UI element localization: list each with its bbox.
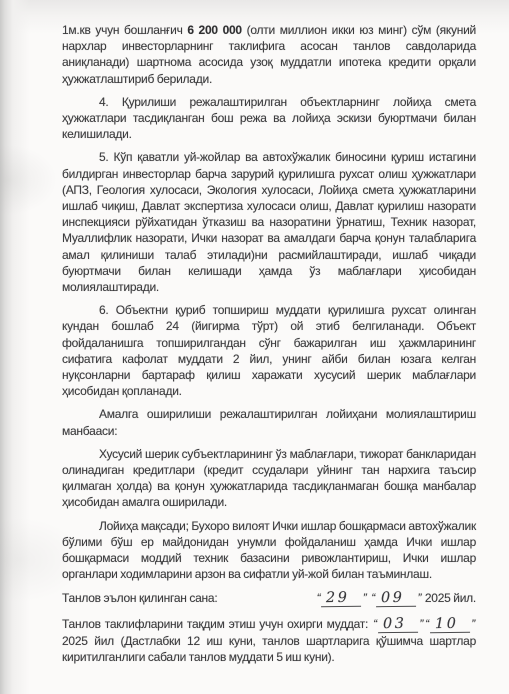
intro-lead-text: 1м.кв учун бошланғич [62,23,187,37]
open-quote-mark: “ [425,617,429,631]
starting-price-amount: 6 200 000 [187,23,241,37]
intro-paragraph: 1м.кв учун бошланғич 6 200 000 (олти мил… [62,22,476,87]
deadline-rest-text: (Дастлабки 12 иш куни, танлов шартларига… [62,634,476,664]
scanned-document-page: 1м.кв учун бошланғич 6 200 000 (олти мил… [0,0,509,694]
handwritten-announcement-day: 29 [321,591,362,606]
deadline-label: Танлов таклифларини тақдим этиш учун охи… [62,617,368,631]
handwritten-announcement-month: 09 [376,591,417,606]
announcement-date-row: Танлов эълон қилинган сана: “29” “09” 20… [62,590,476,607]
project-goal-paragraph: Лойиҳа мақсади; Бухоро вилоят Ички ишлар… [62,518,476,583]
financing-paragraph: Хусусий шерик субъектларининг ўз маблағл… [62,446,476,511]
clause-4-paragraph: 4. Қурилиши режалаштирилган объектларнин… [62,94,476,143]
deadline-year-text: 2025 йил [62,634,114,648]
close-quote-mark: ” [471,617,475,631]
clause-6-paragraph: 6. Объектни қуриб топшириш муддати қурил… [62,302,476,399]
open-quote-mark: “ [371,591,375,605]
deadline-paragraph: Танлов таклифларини тақдим этиш учун охи… [62,616,476,665]
announcement-date-label: Танлов эълон қилинган сана: [62,590,217,606]
announcement-date-value: “29” “09” 2025 йил. [316,590,476,607]
open-quote-mark: “ [317,591,321,605]
handwritten-deadline-month: 10 [430,617,471,632]
announcement-year-text: 2025 йил. [425,591,476,605]
open-quote-mark: “ [373,617,377,631]
handwritten-deadline-day: 03 [378,617,419,632]
close-quote-mark: ” [363,591,367,605]
close-quote-mark: ” [417,591,421,605]
financing-source-heading: Амалга оширилиши режалаштирилган лойиҳан… [62,406,476,438]
clause-5-paragraph: 5. Кўп қаватли уй-жойлар ва автохўжалик … [62,149,476,295]
close-quote-mark: ” [419,617,423,631]
